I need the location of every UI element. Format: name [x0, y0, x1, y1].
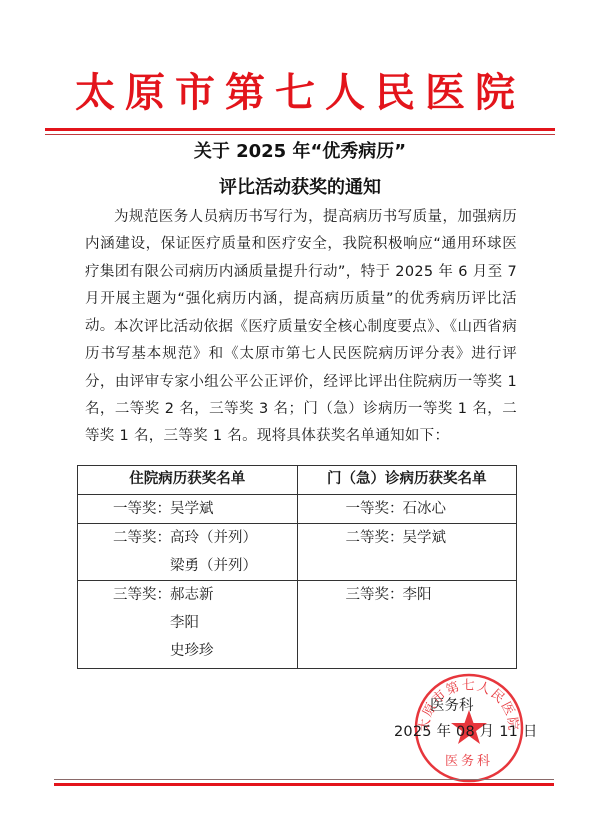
inpatient-third-prize-cell: 三等奖：郝志新 李阳 史珍珍 [78, 581, 298, 669]
award-label: 二等奖： [346, 524, 403, 552]
table-row-second-prize: 二等奖：高玲（并列） 梁勇（并列） 二等奖：吴学斌 [78, 524, 517, 581]
awards-table-header-row: 住院病历获奖名单 门（急）诊病历获奖名单 [78, 466, 517, 495]
table-row-first-prize: 一等奖：吴学斌 一等奖：石冰心 [78, 495, 517, 524]
inpatient-first-prize-cell: 一等奖：吴学斌 [78, 495, 298, 524]
award-winner: 梁勇（并列） [113, 552, 297, 580]
outpatient-third-prize-cell: 三等奖：李阳 [297, 581, 517, 669]
awards-table: 住院病历获奖名单 门（急）诊病历获奖名单 一等奖：吴学斌 一等奖：石冰心 [77, 465, 517, 669]
award-label: 一等奖： [113, 495, 170, 523]
award-winner: 李阳 [403, 587, 432, 603]
award-winner: 史珍珍 [113, 637, 297, 665]
letterhead-red-rule-thin [45, 134, 555, 135]
document-title-line-1: 关于 2025 年“优秀病历” [0, 140, 600, 164]
outpatient-second-prize-cell: 二等奖：吴学斌 [297, 524, 517, 581]
award-winner: 石冰心 [403, 501, 447, 517]
outpatient-first-prize-cell: 一等奖：石冰心 [297, 495, 517, 524]
inpatient-second-prize-cell: 二等奖：高玲（并列） 梁勇（并列） [78, 524, 298, 581]
table-row-third-prize: 三等奖：郝志新 李阳 史珍珍 三等奖：李阳 [78, 581, 517, 669]
award-label: 二等奖： [113, 524, 170, 552]
document-title-line-2: 评比活动获奖的通知 [0, 176, 600, 200]
award-winner: 吴学斌 [403, 530, 447, 546]
issuing-department: 医务科 [430, 696, 474, 716]
footer-red-rule-thick [54, 783, 554, 786]
footer-rule-thin [54, 779, 554, 780]
header-inpatient: 住院病历获奖名单 [78, 466, 298, 495]
award-label: 一等奖： [346, 495, 403, 523]
award-winner: 吴学斌 [170, 501, 214, 517]
header-outpatient: 门（急）诊病历获奖名单 [297, 466, 517, 495]
seal-center-text: 医务科 [445, 753, 493, 769]
award-winner: 郝志新 [170, 587, 214, 603]
award-label: 三等奖： [113, 581, 170, 609]
award-winner: 李阳 [113, 609, 297, 637]
issue-date: 2025 年 08 月 11 日 [394, 722, 538, 742]
letterhead-red-rule-thick [45, 128, 555, 131]
body-paragraph-criteria: 本次评比活动依据《医疗质量安全核心制度要点》、《山西省病历书写基本规范》和《太原… [85, 314, 517, 450]
award-label: 三等奖： [346, 581, 403, 609]
letterhead-org-name: 太原市第七人民医院 [0, 68, 600, 118]
award-winner: 高玲（并列） [170, 530, 257, 546]
